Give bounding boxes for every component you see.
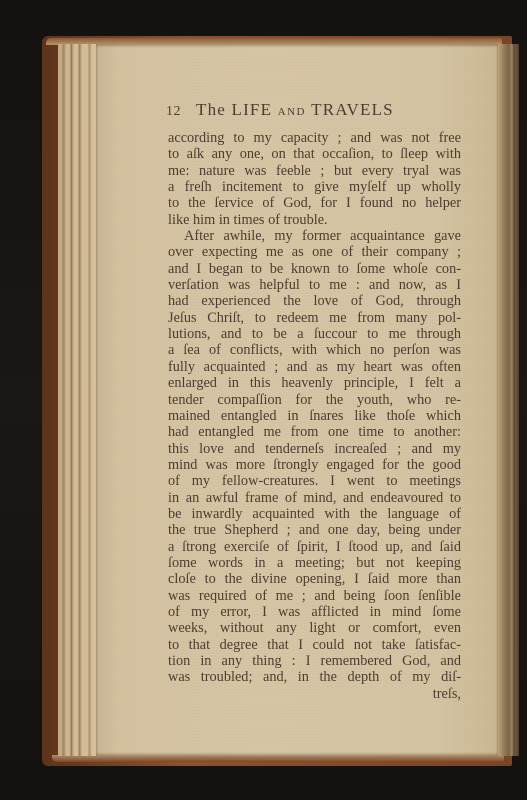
text-line: weeks, without any light or comfort, eve… (168, 620, 461, 636)
text-line: like him in times of trouble. (168, 212, 461, 228)
text-line: had experienced the love of God, through (168, 293, 461, 309)
text-line: fully acquainted ; and as my heart was o… (168, 359, 461, 375)
text-line: me: nature was feeble ; but every tryal … (168, 163, 461, 179)
text-line: enlarged in this heavenly principle, I f… (168, 375, 461, 391)
running-head-smallcaps: and (278, 106, 306, 118)
page-text-block: 12 The LIFE and TRAVELS according to my … (168, 100, 461, 702)
running-head-part1: The LIFE (196, 100, 272, 119)
book-photo-scene: 12 The LIFE and TRAVELS according to my … (0, 0, 527, 800)
body-text: according to my capacity ; and was not f… (168, 130, 461, 702)
text-line: over expecting me as one of their compan… (168, 244, 461, 260)
text-line: of my error, I was afflicted in mind ſom… (168, 604, 461, 620)
text-line: had entangled me from one time to anothe… (168, 424, 461, 440)
text-line: a freſh incitement to give myſelf up who… (168, 179, 461, 195)
text-line: to aſk any one, on that occaſion, to ſle… (168, 146, 461, 162)
text-line: was required of me ; and being ſoon ſenſ… (168, 588, 461, 604)
text-line: tender compaſſion for the youth, who re- (168, 392, 461, 408)
text-line: this love and tenderneſs increaſed ; and… (168, 441, 461, 457)
text-line: cloſe to the divine opening, I ſaid more… (168, 571, 461, 587)
text-line: tion in any thing : I remembered God, an… (168, 653, 461, 669)
page-bottom-edge (52, 755, 504, 762)
page-edges-left (58, 44, 96, 756)
text-line: according to my capacity ; and was not f… (168, 130, 461, 146)
text-line: to that degree that I could not take ſat… (168, 637, 461, 653)
text-line: a ſea of conflicts, with which no perſon… (168, 342, 461, 358)
running-head: 12 The LIFE and TRAVELS (166, 100, 461, 124)
page-number: 12 (166, 104, 196, 120)
text-line: ſome words in a meeting; but not keeping (168, 555, 461, 571)
text-line: lutions, and to be a ſuccour to me throu… (168, 326, 461, 342)
text-line: in an awful frame of mind, and endeavour… (168, 490, 461, 506)
text-line: verſation was helpful to me : and now, a… (168, 277, 461, 293)
text-line: mained entangled in ſnares like thoſe wh… (168, 408, 461, 424)
text-line-paragraph-start: After awhile, my former acquaintance gav… (168, 228, 461, 244)
page-edges-right (497, 44, 519, 756)
text-line: of my fellow-creatures. I went to meetin… (168, 473, 461, 489)
running-head-title: The LIFE and TRAVELS (196, 100, 394, 120)
text-line: to the ſervice of God, for I found no he… (168, 195, 461, 211)
text-line: and I began to be known to ſome whoſe co… (168, 261, 461, 277)
text-line: the true Shepherd ; and one day, being u… (168, 522, 461, 538)
text-line: Jeſus Chriſt, to redeem me from many pol… (168, 310, 461, 326)
catchword: treſs, (168, 686, 461, 702)
text-line: be inwardly acquainted with the language… (168, 506, 461, 522)
text-line: a ſtrong exerciſe of ſpirit, I ſtood up,… (168, 539, 461, 555)
text-line: mind was more ſtrongly engaged for the g… (168, 457, 461, 473)
running-head-part2: TRAVELS (311, 100, 394, 119)
text-line: was troubled; and, in the depth of my di… (168, 669, 461, 685)
